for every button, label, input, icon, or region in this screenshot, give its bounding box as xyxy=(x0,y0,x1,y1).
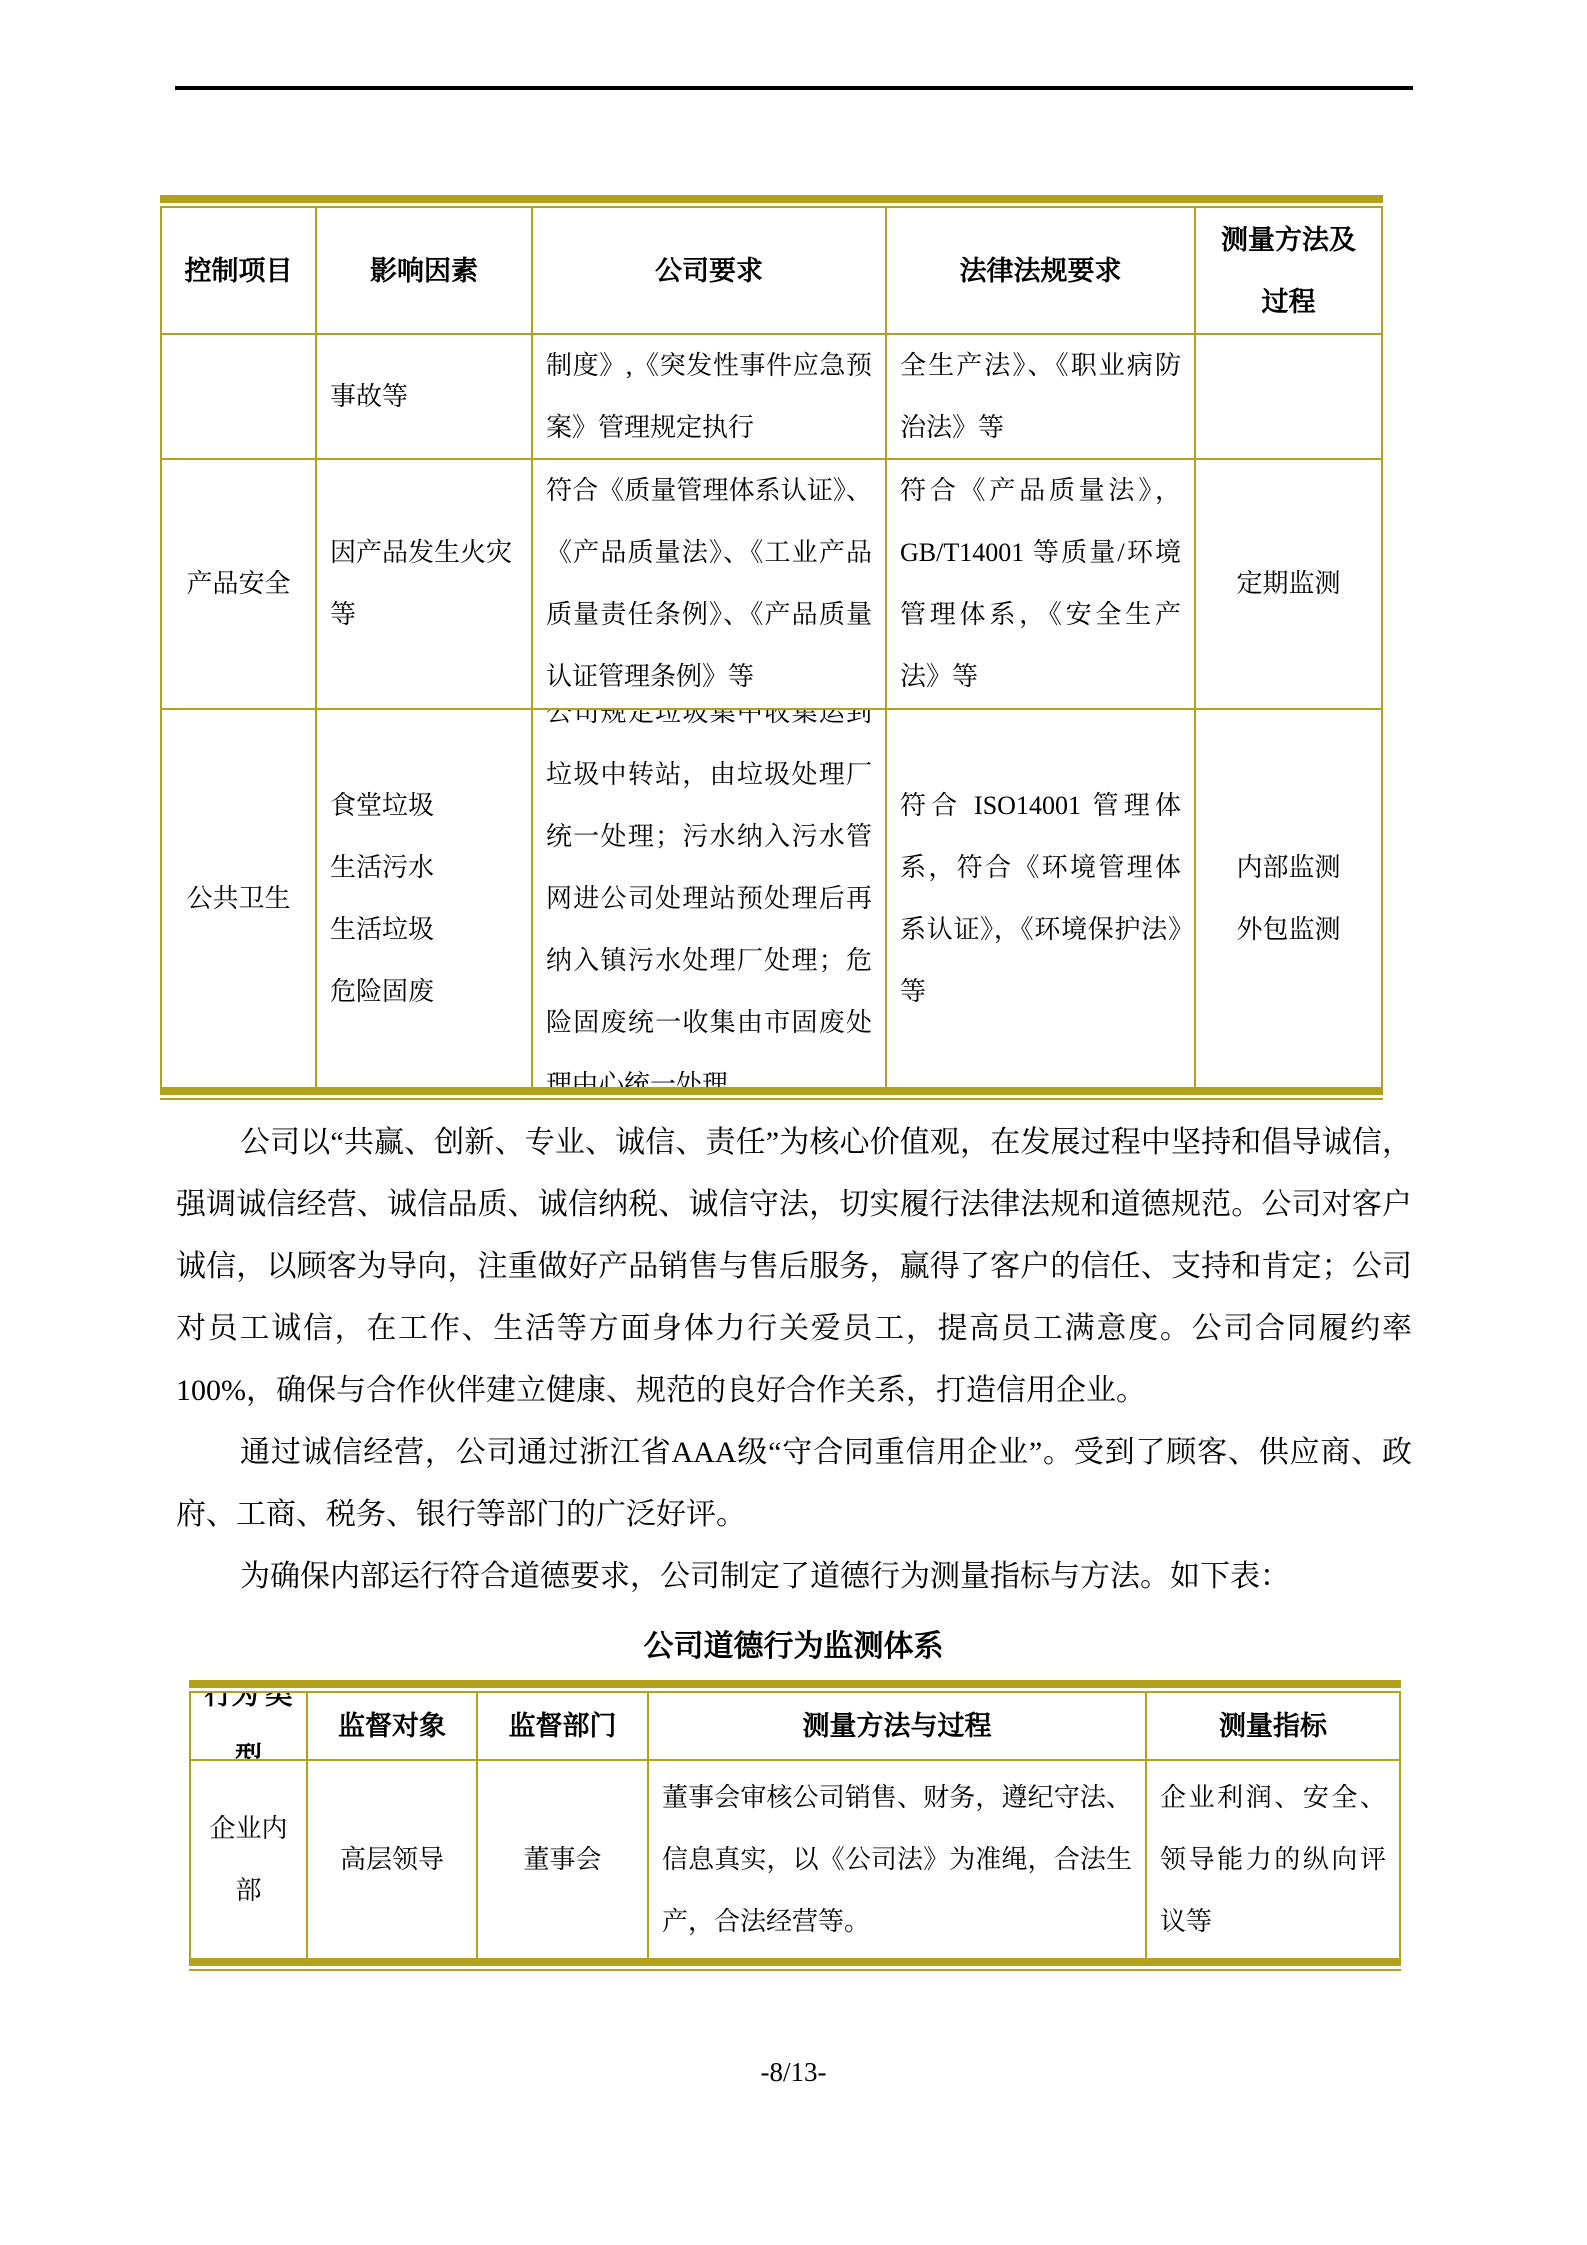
cell-influence-factor: 事故等 xyxy=(317,335,533,458)
border-thick xyxy=(189,1958,1401,1966)
table-bottom-double-border xyxy=(189,1958,1401,1971)
cell-text: 定期监测 xyxy=(1209,553,1368,615)
table-row: 产品安全 因产品发生火灾等 符合《质量管理体系认证》、《产品质量法》、《工业产品… xyxy=(162,460,1381,710)
table-bottom-double-border xyxy=(160,1087,1383,1100)
header-label: 测量方法及过程 xyxy=(1209,209,1368,333)
cell-company-requirement: 公司规定垃圾集中收集运到垃圾中转站，由垃圾处理厂统一处理；污水纳入污水管网进公司… xyxy=(533,710,887,1087)
cell-text: 企业利润、安全、领导能力的纵向评议等 xyxy=(1160,1767,1386,1953)
document-page: 控制项目 影响因素 公司要求 法律法规要求 测量方法及过程 事故等 制度》,《突… xyxy=(0,0,1587,2245)
header-cell-control-item: 控制项目 xyxy=(162,208,317,333)
header-cell-supervised-object: 监督对象 xyxy=(308,1693,478,1759)
border-thick xyxy=(160,1087,1383,1095)
cell-text: 高层领导 xyxy=(321,1829,463,1891)
cell-text: 企业内部 xyxy=(204,1798,293,1922)
paragraph-credit-enterprise: 通过诚信经营，公司通过浙江省AAA级“守合同重信用企业”。受到了顾客、供应商、政… xyxy=(176,1422,1412,1546)
header-label: 影响因素 xyxy=(330,240,518,302)
cell-control-item xyxy=(162,335,317,458)
cell-text: 事故等 xyxy=(330,366,518,428)
cell-influence-factor: 因产品发生火灾等 xyxy=(317,460,533,708)
header-cell-company-requirement: 公司要求 xyxy=(533,208,887,333)
header-label: 测量方法与过程 xyxy=(662,1695,1132,1757)
table-header-row: 行为 类型 监督对象 监督部门 测量方法与过程 测量指标 xyxy=(191,1693,1399,1761)
cell-control-item: 公共卫生 xyxy=(162,710,317,1087)
header-rule xyxy=(175,86,1413,90)
cell-text: 因产品发生火灾等 xyxy=(330,522,518,646)
cell-measurement xyxy=(1196,335,1381,458)
cell-supervised-object: 高层领导 xyxy=(308,1761,478,1958)
table-row: 事故等 制度》,《突发性事件应急预案》管理规定执行 全生产法》、《职业病防治法》… xyxy=(162,335,1381,460)
cell-text: 内部监测 外包监测 xyxy=(1209,837,1368,961)
header-label: 公司要求 xyxy=(546,240,872,302)
table-row: 公共卫生 食堂垃圾 生活污水 生活垃圾 危险固废 公司规定垃圾集中收集运到垃圾中… xyxy=(162,710,1381,1087)
cell-behavior-type: 企业内部 xyxy=(191,1761,308,1958)
header-label: 监督对象 xyxy=(321,1695,463,1757)
ethics-monitoring-table-grid: 行为 类型 监督对象 监督部门 测量方法与过程 测量指标 企业内部 高层领导 董… xyxy=(189,1693,1401,1958)
cell-measurement-indicator: 企业利润、安全、领导能力的纵向评议等 xyxy=(1147,1761,1399,1958)
header-label: 测量指标 xyxy=(1160,1695,1386,1757)
table-top-double-border xyxy=(160,195,1383,208)
control-items-table: 控制项目 影响因素 公司要求 法律法规要求 测量方法及过程 事故等 制度》,《突… xyxy=(160,195,1383,1100)
border-thick xyxy=(160,195,1383,203)
header-label: 行为 类型 xyxy=(204,1693,293,1759)
control-items-table-grid: 控制项目 影响因素 公司要求 法律法规要求 测量方法及过程 事故等 制度》,《突… xyxy=(160,208,1383,1087)
header-cell-measurement-method: 测量方法与过程 xyxy=(649,1693,1147,1759)
cell-measurement-method: 董事会审核公司销售、财务，遵纪守法、信息真实，以《公司法》为准绳，合法生产，合法… xyxy=(649,1761,1147,1958)
cell-measurement: 内部监测 外包监测 xyxy=(1196,710,1381,1087)
cell-law-requirement: 符合 ISO14001 管理体系，符合《环境管理体系认证》，《环境保护法》等 xyxy=(887,710,1196,1087)
cell-text: 产品安全 xyxy=(175,553,302,615)
cell-text: 全生产法》、《职业病防治法》等 xyxy=(900,335,1181,458)
header-cell-supervising-department: 监督部门 xyxy=(478,1693,649,1759)
cell-text: 符合 ISO14001 管理体系，符合《环境管理体系认证》，《环境保护法》等 xyxy=(900,775,1181,1023)
table-top-double-border xyxy=(189,1680,1401,1693)
cell-text: 符合《质量管理体系认证》、《产品质量法》、《工业产品质量责任条例》、《产品质量认… xyxy=(546,460,872,708)
border-thin xyxy=(189,1969,1401,1971)
cell-text: 制度》,《突发性事件应急预案》管理规定执行 xyxy=(546,335,872,458)
table-row: 企业内部 高层领导 董事会 董事会审核公司销售、财务，遵纪守法、信息真实，以《公… xyxy=(191,1761,1399,1958)
paragraph-ethics-intro: 为确保内部运行符合道德要求，公司制定了道德行为测量指标与方法。如下表： xyxy=(176,1546,1412,1608)
cell-text: 董事会审核公司销售、财务，遵纪守法、信息真实，以《公司法》为准绳，合法生产，合法… xyxy=(662,1767,1132,1953)
cell-measurement: 定期监测 xyxy=(1196,460,1381,708)
cell-text: 食堂垃圾 生活污水 生活垃圾 危险固废 xyxy=(330,775,518,1023)
page-number: -8/13- xyxy=(0,2041,1587,2103)
cell-influence-factor: 食堂垃圾 生活污水 生活垃圾 危险固废 xyxy=(317,710,533,1087)
body-text-block: 公司以“共赢、创新、专业、诚信、责任”为核心价值观，在发展过程中坚持和倡导诚信，… xyxy=(176,1112,1412,1608)
header-label: 监督部门 xyxy=(491,1695,634,1757)
cell-law-requirement: 全生产法》、《职业病防治法》等 xyxy=(887,335,1196,458)
cell-supervising-department: 董事会 xyxy=(478,1761,649,1958)
header-cell-measurement-indicator: 测量指标 xyxy=(1147,1693,1399,1759)
border-thin xyxy=(160,1098,1383,1100)
header-cell-behavior-type: 行为 类型 xyxy=(191,1693,308,1759)
cell-text: 符合《产品质量法》，GB/T14001 等质量/环境管理体系，《安全生产法》等 xyxy=(900,460,1181,708)
ethics-monitoring-table: 行为 类型 监督对象 监督部门 测量方法与过程 测量指标 企业内部 高层领导 董… xyxy=(189,1680,1401,1971)
cell-company-requirement: 制度》,《突发性事件应急预案》管理规定执行 xyxy=(533,335,887,458)
cell-control-item: 产品安全 xyxy=(162,460,317,708)
header-cell-law-requirement: 法律法规要求 xyxy=(887,208,1196,333)
header-cell-measurement: 测量方法及过程 xyxy=(1196,208,1381,333)
table-header-row: 控制项目 影响因素 公司要求 法律法规要求 测量方法及过程 xyxy=(162,208,1381,335)
table2-title: 公司道德行为监测体系 xyxy=(0,1616,1587,1678)
cell-law-requirement: 符合《产品质量法》，GB/T14001 等质量/环境管理体系，《安全生产法》等 xyxy=(887,460,1196,708)
header-label: 法律法规要求 xyxy=(900,240,1181,302)
header-cell-influence-factor: 影响因素 xyxy=(317,208,533,333)
border-thick xyxy=(189,1680,1401,1688)
header-label: 控制项目 xyxy=(175,240,302,302)
paragraph-core-values: 公司以“共赢、创新、专业、诚信、责任”为核心价值观，在发展过程中坚持和倡导诚信，… xyxy=(176,1112,1412,1422)
cell-text: 公司规定垃圾集中收集运到垃圾中转站，由垃圾处理厂统一处理；污水纳入污水管网进公司… xyxy=(546,710,872,1087)
cell-text: 董事会 xyxy=(491,1829,634,1891)
cell-company-requirement: 符合《质量管理体系认证》、《产品质量法》、《工业产品质量责任条例》、《产品质量认… xyxy=(533,460,887,708)
cell-text: 公共卫生 xyxy=(175,868,302,930)
